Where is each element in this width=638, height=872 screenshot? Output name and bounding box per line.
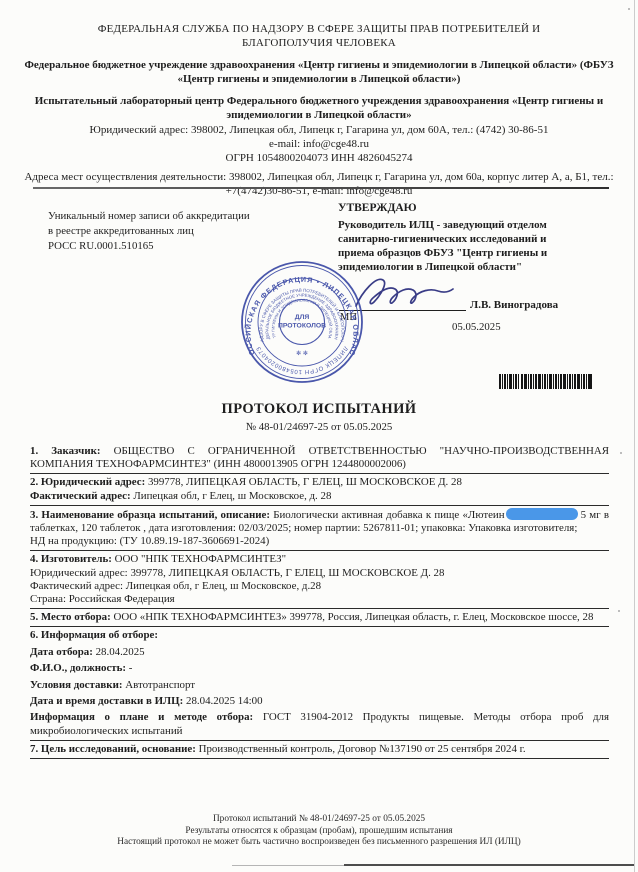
svg-text:• РОССИЙСКАЯ ФЕДЕРАЦИЯ • ЛИПЕЦ: • РОССИЙСКАЯ ФЕДЕРАЦИЯ • ЛИПЕЦКАЯ ОБЛАСТ… (240, 260, 361, 357)
section6-row2-label: Ф.И.О., должность: (30, 662, 126, 674)
approval-title: УТВЕРЖДАЮ (338, 202, 417, 214)
signature-scribble (352, 270, 458, 312)
protocol-number: № 48-01/24697-25 от 05.05.2025 (0, 421, 638, 433)
section1-label: 1. Заказчик: (30, 445, 101, 457)
approval-date: 05.05.2025 (452, 321, 501, 333)
section-sampling-info: 6. Информация об отборе: Дата отбора: 28… (30, 627, 609, 740)
scan-speck (628, 8, 630, 10)
footer-protocol-ref: Протокол испытаний № 48-01/24697-25 от 0… (0, 814, 638, 826)
scan-bottom-line-dark (344, 864, 634, 866)
section4-label: 4. Изготовитель: (30, 553, 112, 565)
section3-nd-value: (ТУ 10.89.19-187-3606691-2024) (120, 535, 270, 547)
section7-label: 7. Цель исследований, основание: (30, 743, 196, 755)
scan-speck (618, 610, 620, 612)
section4-legal-label: Юридический адрес: (30, 567, 128, 579)
section4-legal-value: 399778, ЛИПЕЦКАЯ ОБЛАСТЬ, Г ЕЛЕЦ, Ш МОСК… (130, 567, 444, 579)
stamp-center-line2: ПРОТОКОЛОВ (278, 323, 326, 330)
scan-speck (620, 452, 622, 454)
section-customer: 1. Заказчик: ОБЩЕСТВО С ОГРАНИЧЕННОЙ ОТВ… (30, 443, 609, 474)
signer-name: Л.В. Виноградова (470, 299, 558, 311)
section3-value-before: Биологически активная добавка к пище «Лю… (273, 509, 504, 521)
section-sample: 3. Наименование образца испытаний, описа… (30, 506, 609, 552)
section3-label: 3. Наименование образца испытаний, описа… (30, 509, 270, 521)
section5-label: 5. Место отбора: (30, 611, 111, 623)
protocol-title: ПРОТОКОЛ ИСПЫТАНИЙ (0, 401, 638, 418)
approval-role: Руководитель ИЛЦ - заведующий отделом са… (338, 218, 584, 274)
section3-nd-label: НД на продукцию: (30, 535, 117, 547)
organization-name: Федеральное бюджетное учреждение здравоо… (16, 58, 622, 86)
accreditation-line2: в реестре аккредитованных лиц (48, 224, 250, 239)
section2-value: 399778, ЛИПЕЦКАЯ ОБЛАСТЬ, Г ЕЛЕЦ, Ш МОСК… (148, 476, 462, 488)
barcode (499, 374, 592, 389)
section6-row3-value: Автотранспорт (125, 679, 195, 691)
section4-fact-label: Фактический адрес: (30, 580, 123, 592)
section2-fact-value: Липецкая обл, г Елец, ш Московское, д. 2… (133, 490, 331, 502)
section2-fact-label: Фактический адрес: (30, 490, 131, 502)
section6-row3-label: Условия доставки: (30, 679, 122, 691)
accreditation-line1: Уникальный номер записи об аккредитации (48, 209, 250, 224)
scanned-protocol-page: ФЕДЕРАЛЬНАЯ СЛУЖБА ПО НАДЗОРУ В СФЕРЕ ЗА… (0, 0, 638, 872)
section-purpose: 7. Цель исследований, основание: Произво… (30, 741, 609, 759)
section6-row4-value: 28.04.2025 14:00 (186, 695, 263, 707)
section4-country-value: Российская Федерация (69, 593, 175, 605)
agency-name: ФЕДЕРАЛЬНАЯ СЛУЖБА ПО НАДЗОРУ В СФЕРЕ ЗА… (59, 22, 579, 50)
section6-row1-label: Дата отбора: (30, 646, 93, 658)
round-stamp-for-protocols: • РОССИЙСКАЯ ФЕДЕРАЦИЯ • ЛИПЕЦКАЯ ОБЛАСТ… (240, 260, 364, 384)
footer-results-note: Результаты относятся к образцам (пробам)… (0, 826, 638, 838)
section6-row4-label: Дата и время доставки в ИЛЦ: (30, 695, 183, 707)
section6-row5-label: Информация о плане и методе отбора: (30, 711, 253, 723)
ogrn-inn: ОГРН 1054800204073 ИНН 4826045274 (19, 151, 619, 165)
section7-value: Производственный контроль, Договор №1371… (199, 743, 526, 755)
section4-country-label: Страна: (30, 593, 66, 605)
section5-value: ООО «НПК ТЕХНОФАРМСИНТЕЗ» 399778, Россия… (113, 611, 593, 623)
header-email: e-mail: info@cge48.ru (19, 137, 619, 151)
section-manufacturer: 4. Изготовитель: ООО "НПК ТЕХНОФАРМСИНТЕ… (30, 551, 609, 609)
page-footer: Протокол испытаний № 48-01/24697-25 от 0… (0, 814, 638, 849)
header-divider (33, 187, 609, 189)
stamp-outer-top-text: • РОССИЙСКАЯ ФЕДЕРАЦИЯ • ЛИПЕЦКАЯ ОБЛАСТ… (240, 260, 361, 357)
section6-row2-value: - (129, 662, 133, 674)
lab-center-name: Испытательный лабораторный центр Федерал… (31, 94, 607, 122)
stamp-bottom-stars: ✻ ✻ (296, 350, 308, 357)
stamp-outer-bottom-text: ЛИПЕЦК ОГРН 1054800204073 (256, 345, 349, 374)
scan-edge-line (634, 0, 635, 872)
section2-label: 2. Юридический адрес: (30, 476, 145, 488)
section4-fact-value: Липецкая обл, г Елец, ш Московское, д.28 (126, 580, 321, 592)
accreditation-number: РОСС RU.0001.510165 (48, 239, 250, 254)
section1-value: ОБЩЕСТВО С ОГРАНИЧЕННОЙ ОТВЕТСТВЕННОСТЬЮ… (30, 445, 609, 470)
section4-value: ООО "НПК ТЕХНОФАРМСИНТЕЗ" (115, 553, 286, 565)
svg-text:ЛИПЕЦК ОГРН 1054800204073: ЛИПЕЦК ОГРН 1054800204073 (256, 345, 349, 374)
activity-addresses: Адреса мест осуществления деятельности: … (19, 170, 619, 198)
protocol-sections: 1. Заказчик: ОБЩЕСТВО С ОГРАНИЧЕННОЙ ОТВ… (30, 443, 609, 759)
section-legal-address: 2. Юридический адрес: 399778, ЛИПЕЦКАЯ О… (30, 474, 609, 505)
section-sampling-place: 5. Место отбора: ООО «НПК ТЕХНОФАРМСИНТЕ… (30, 609, 609, 627)
accreditation-block: Уникальный номер записи об аккредитации … (48, 209, 250, 254)
document-header: ФЕДЕРАЛЬНАЯ СЛУЖБА ПО НАДЗОРУ В СФЕРЕ ЗА… (0, 22, 638, 198)
section6-label: 6. Информация об отборе: (30, 629, 158, 641)
scan-bottom-line-light (232, 865, 344, 866)
section6-row1-value: 28.04.2025 (96, 646, 145, 658)
footer-reproduction-note: Настоящий протокол не может быть частичн… (0, 837, 638, 849)
legal-address: Юридический адрес: 398002, Липецкая обл,… (19, 123, 619, 137)
stamp-center-line1: ДЛЯ (295, 314, 310, 321)
redaction-box (506, 508, 578, 520)
